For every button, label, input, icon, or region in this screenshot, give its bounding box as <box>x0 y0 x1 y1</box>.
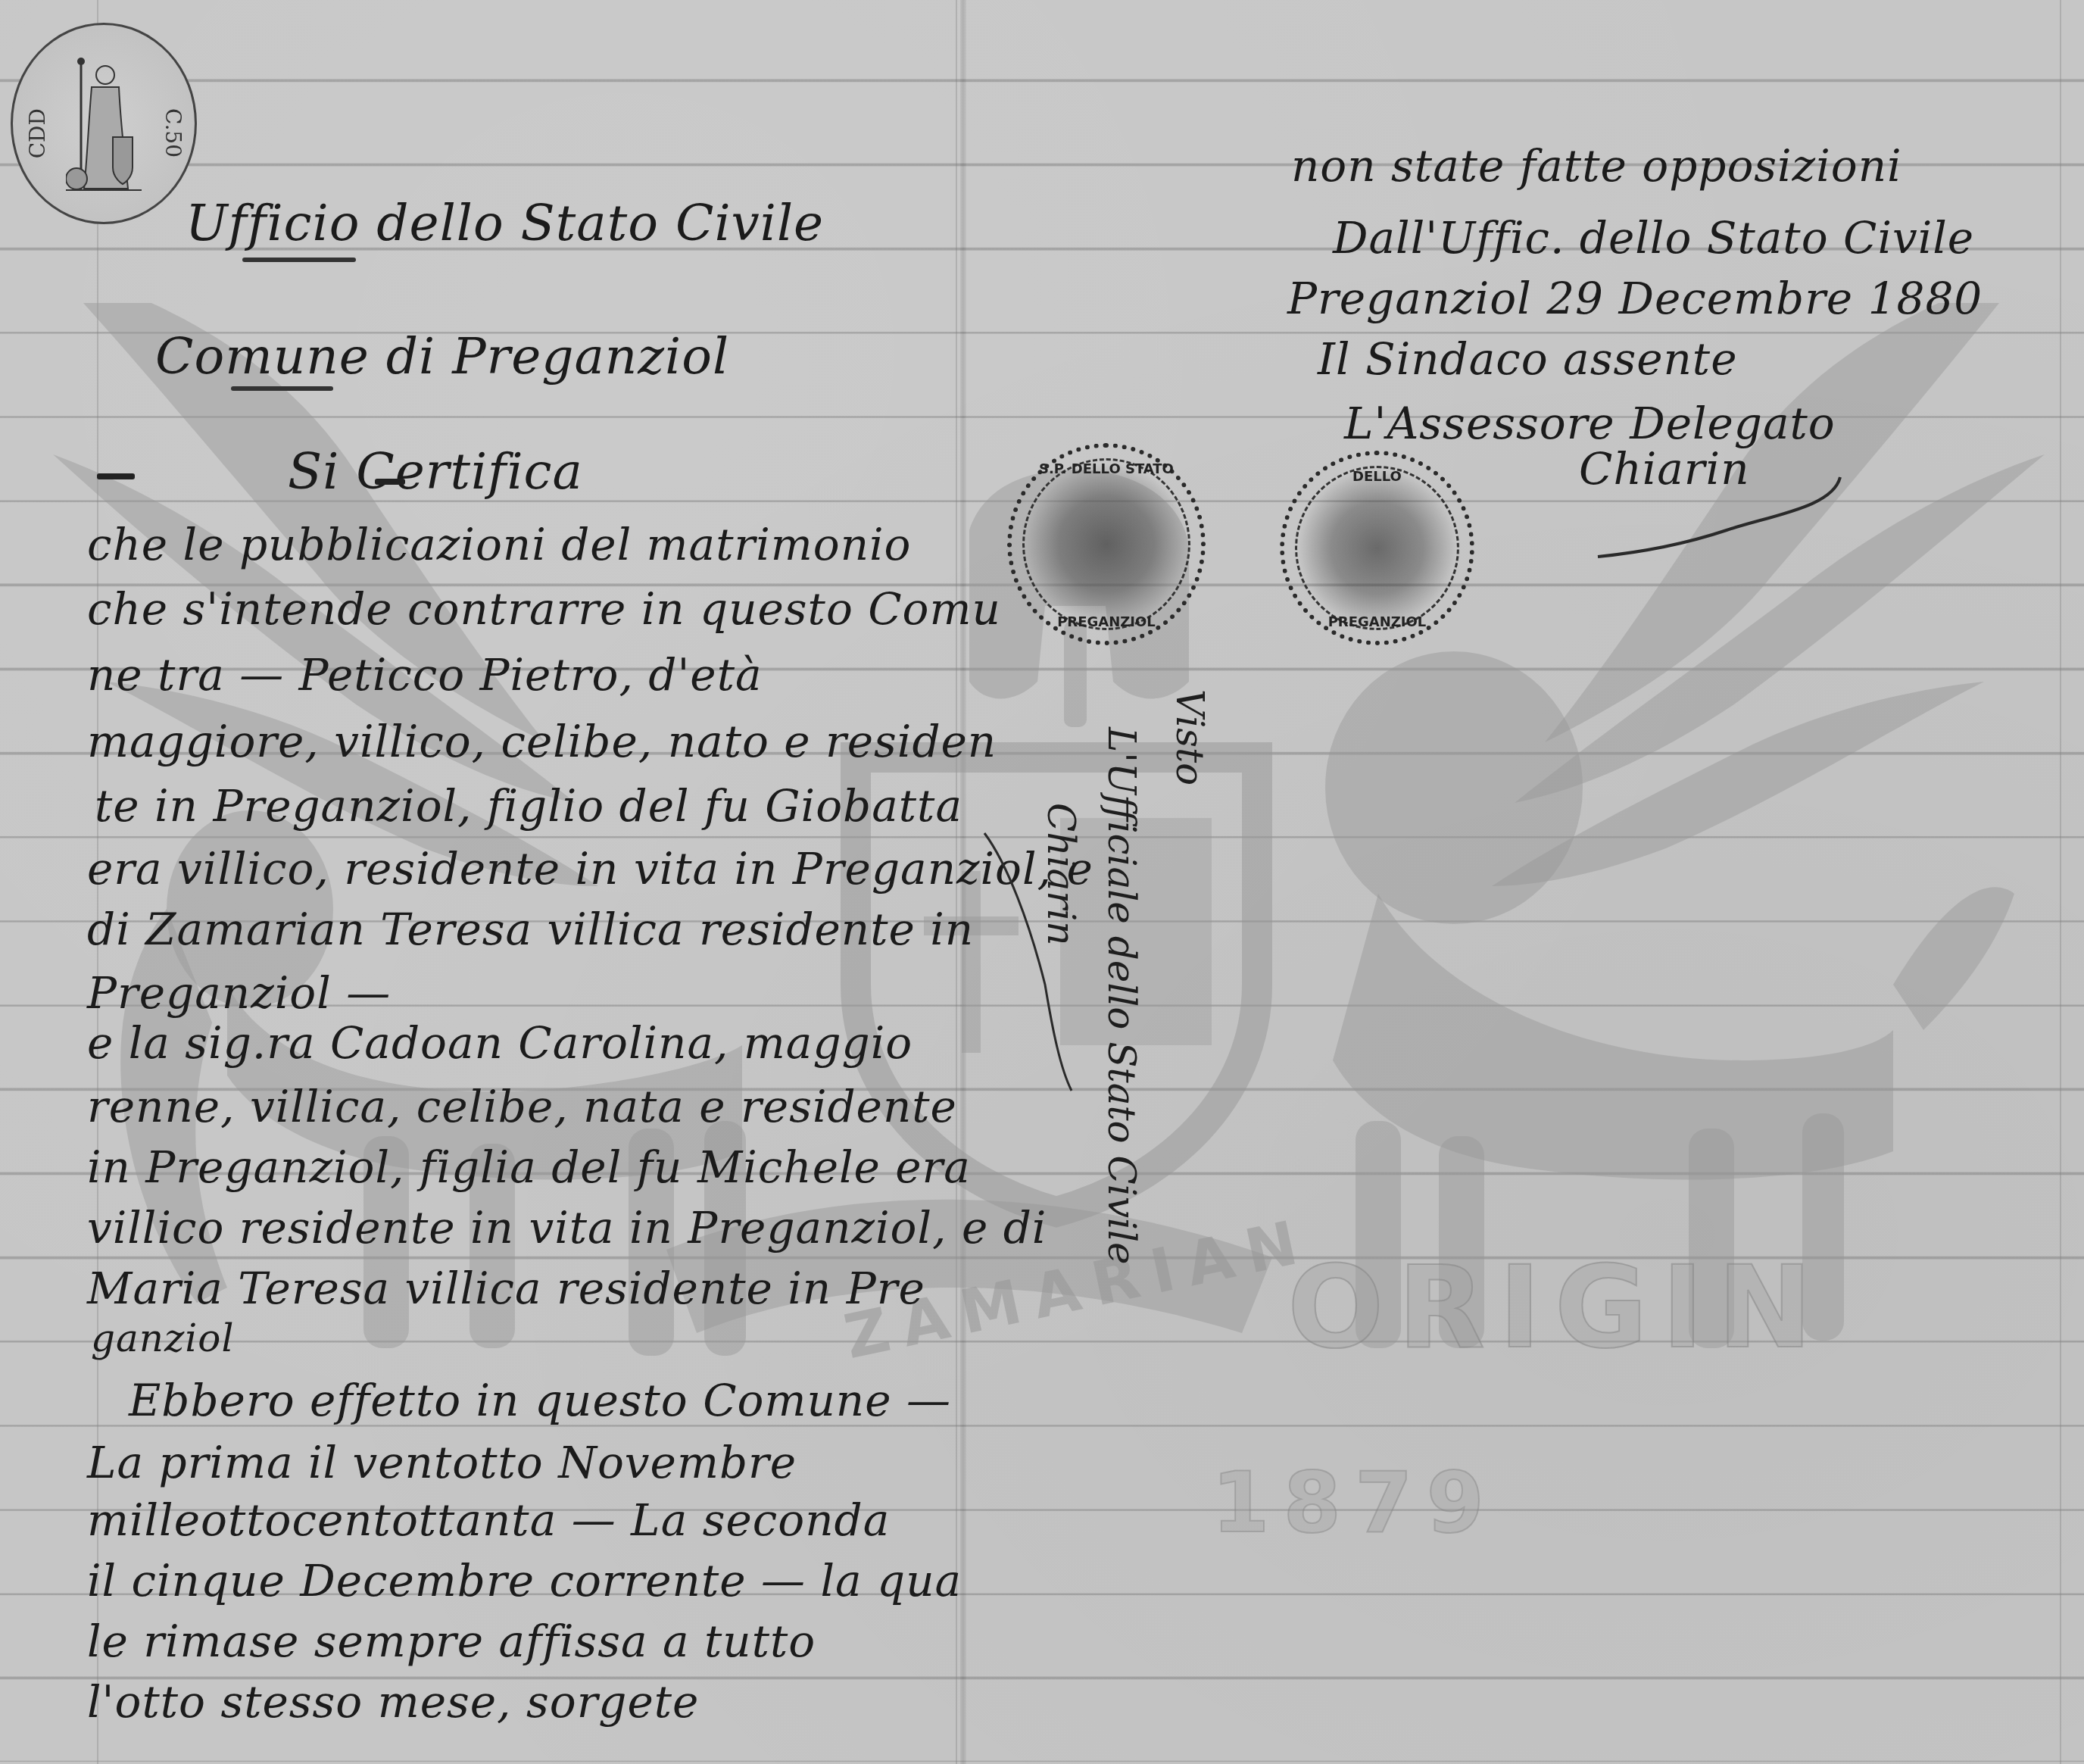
italia-turrita-figure-icon <box>66 54 142 198</box>
body-line-12: villico residente in vita in Preganziol,… <box>87 1206 1047 1250</box>
body-line-16: La prima il ventotto Novembre <box>87 1441 797 1485</box>
heading-dash-right <box>375 479 405 485</box>
commune-header: Comune di Preganziol <box>155 332 729 382</box>
seal-ring <box>1295 466 1459 630</box>
margin-note-officer: L'Ufficiale dello Stato Civile <box>1100 727 1143 1265</box>
right-line-3-date: Preganziol 29 Decembre 1880 <box>1287 276 1983 320</box>
municipal-seal-1: S.P. DELLO STATO PREGANZIOL <box>1007 443 1206 645</box>
body-line-15: Ebbero effetto in questo Comune — <box>129 1378 951 1422</box>
right-line-4: Il Sindaco assente <box>1318 337 1738 381</box>
revenue-stamp: CDD C.50 <box>11 23 197 224</box>
body-line-10: renne, villica, celibe, nata e residente <box>87 1085 957 1129</box>
stamp-left-text: CDD <box>25 108 50 158</box>
body-line-6: era villico, residente in vita in Pregan… <box>87 847 1093 891</box>
signature-flourish <box>1590 470 1855 560</box>
margin-signature-flourish <box>977 818 1083 1106</box>
heading-dash-left <box>97 473 135 479</box>
body-line-17: milleottocentottanta — La seconda <box>87 1498 890 1542</box>
body-line-8: Preganziol — <box>87 971 391 1015</box>
right-line-2: Dall'Uffic. dello Stato Civile <box>1333 216 1974 260</box>
certificate-heading: Si Certifica <box>288 447 583 497</box>
body-line-13: Maria Teresa villica residente in Pre <box>87 1266 925 1310</box>
seal-bottom-text: PREGANZIOL <box>1284 614 1470 630</box>
body-line-14: ganziol <box>91 1319 234 1357</box>
body-line-18: il cinque Decembre corrente — la qua <box>87 1559 962 1603</box>
body-line-2: che s'intende contrarre in questo Comu <box>87 587 1001 631</box>
right-margin-line <box>2060 0 2061 1764</box>
municipal-seal-2: DELLO PREGANZIOL <box>1280 451 1474 645</box>
seal-ring <box>1022 458 1190 630</box>
body-line-4: maggiore, villico, celibe, nato e reside… <box>87 720 997 763</box>
body-line-9-bride-name: e la sig.ra Cadoan Carolina, maggio <box>87 1021 913 1065</box>
header-underline <box>242 258 356 262</box>
stamp-value-text: C.50 <box>161 108 186 158</box>
body-line-5: te in Preganziol, figlio del fu Giobatta <box>95 784 962 828</box>
body-line-7: di Zamarian Teresa villica residente in <box>87 907 974 951</box>
seal-top-text: DELLO <box>1284 469 1470 485</box>
seal-top-text: S.P. DELLO STATO <box>1012 461 1201 477</box>
office-header: Ufficio dello Stato Civile <box>186 198 824 248</box>
document-sheet: ZAMARIAN ORIGIN 1879 CDD C.50 Ufficio de… <box>0 0 2084 1764</box>
commune-underline <box>231 386 333 391</box>
body-line-3-groom-name: ne tra — Peticco Pietro, d'età <box>87 653 763 697</box>
seal-bottom-text: PREGANZIOL <box>1012 614 1201 630</box>
body-line-1: che le pubblicazioni del matrimonio <box>87 523 912 567</box>
body-line-19: le rimase sempre affissa a tutto <box>87 1619 816 1663</box>
body-line-20: l'otto stesso mese, sorgete <box>87 1680 699 1724</box>
right-line-1: non state fatte opposizioni <box>1291 144 1902 188</box>
right-line-5: L'Assessore Delegato <box>1344 401 1836 445</box>
body-line-11: in Preganziol, figlia del fu Michele era <box>87 1145 971 1189</box>
margin-note-visto: Visto <box>1168 689 1212 785</box>
